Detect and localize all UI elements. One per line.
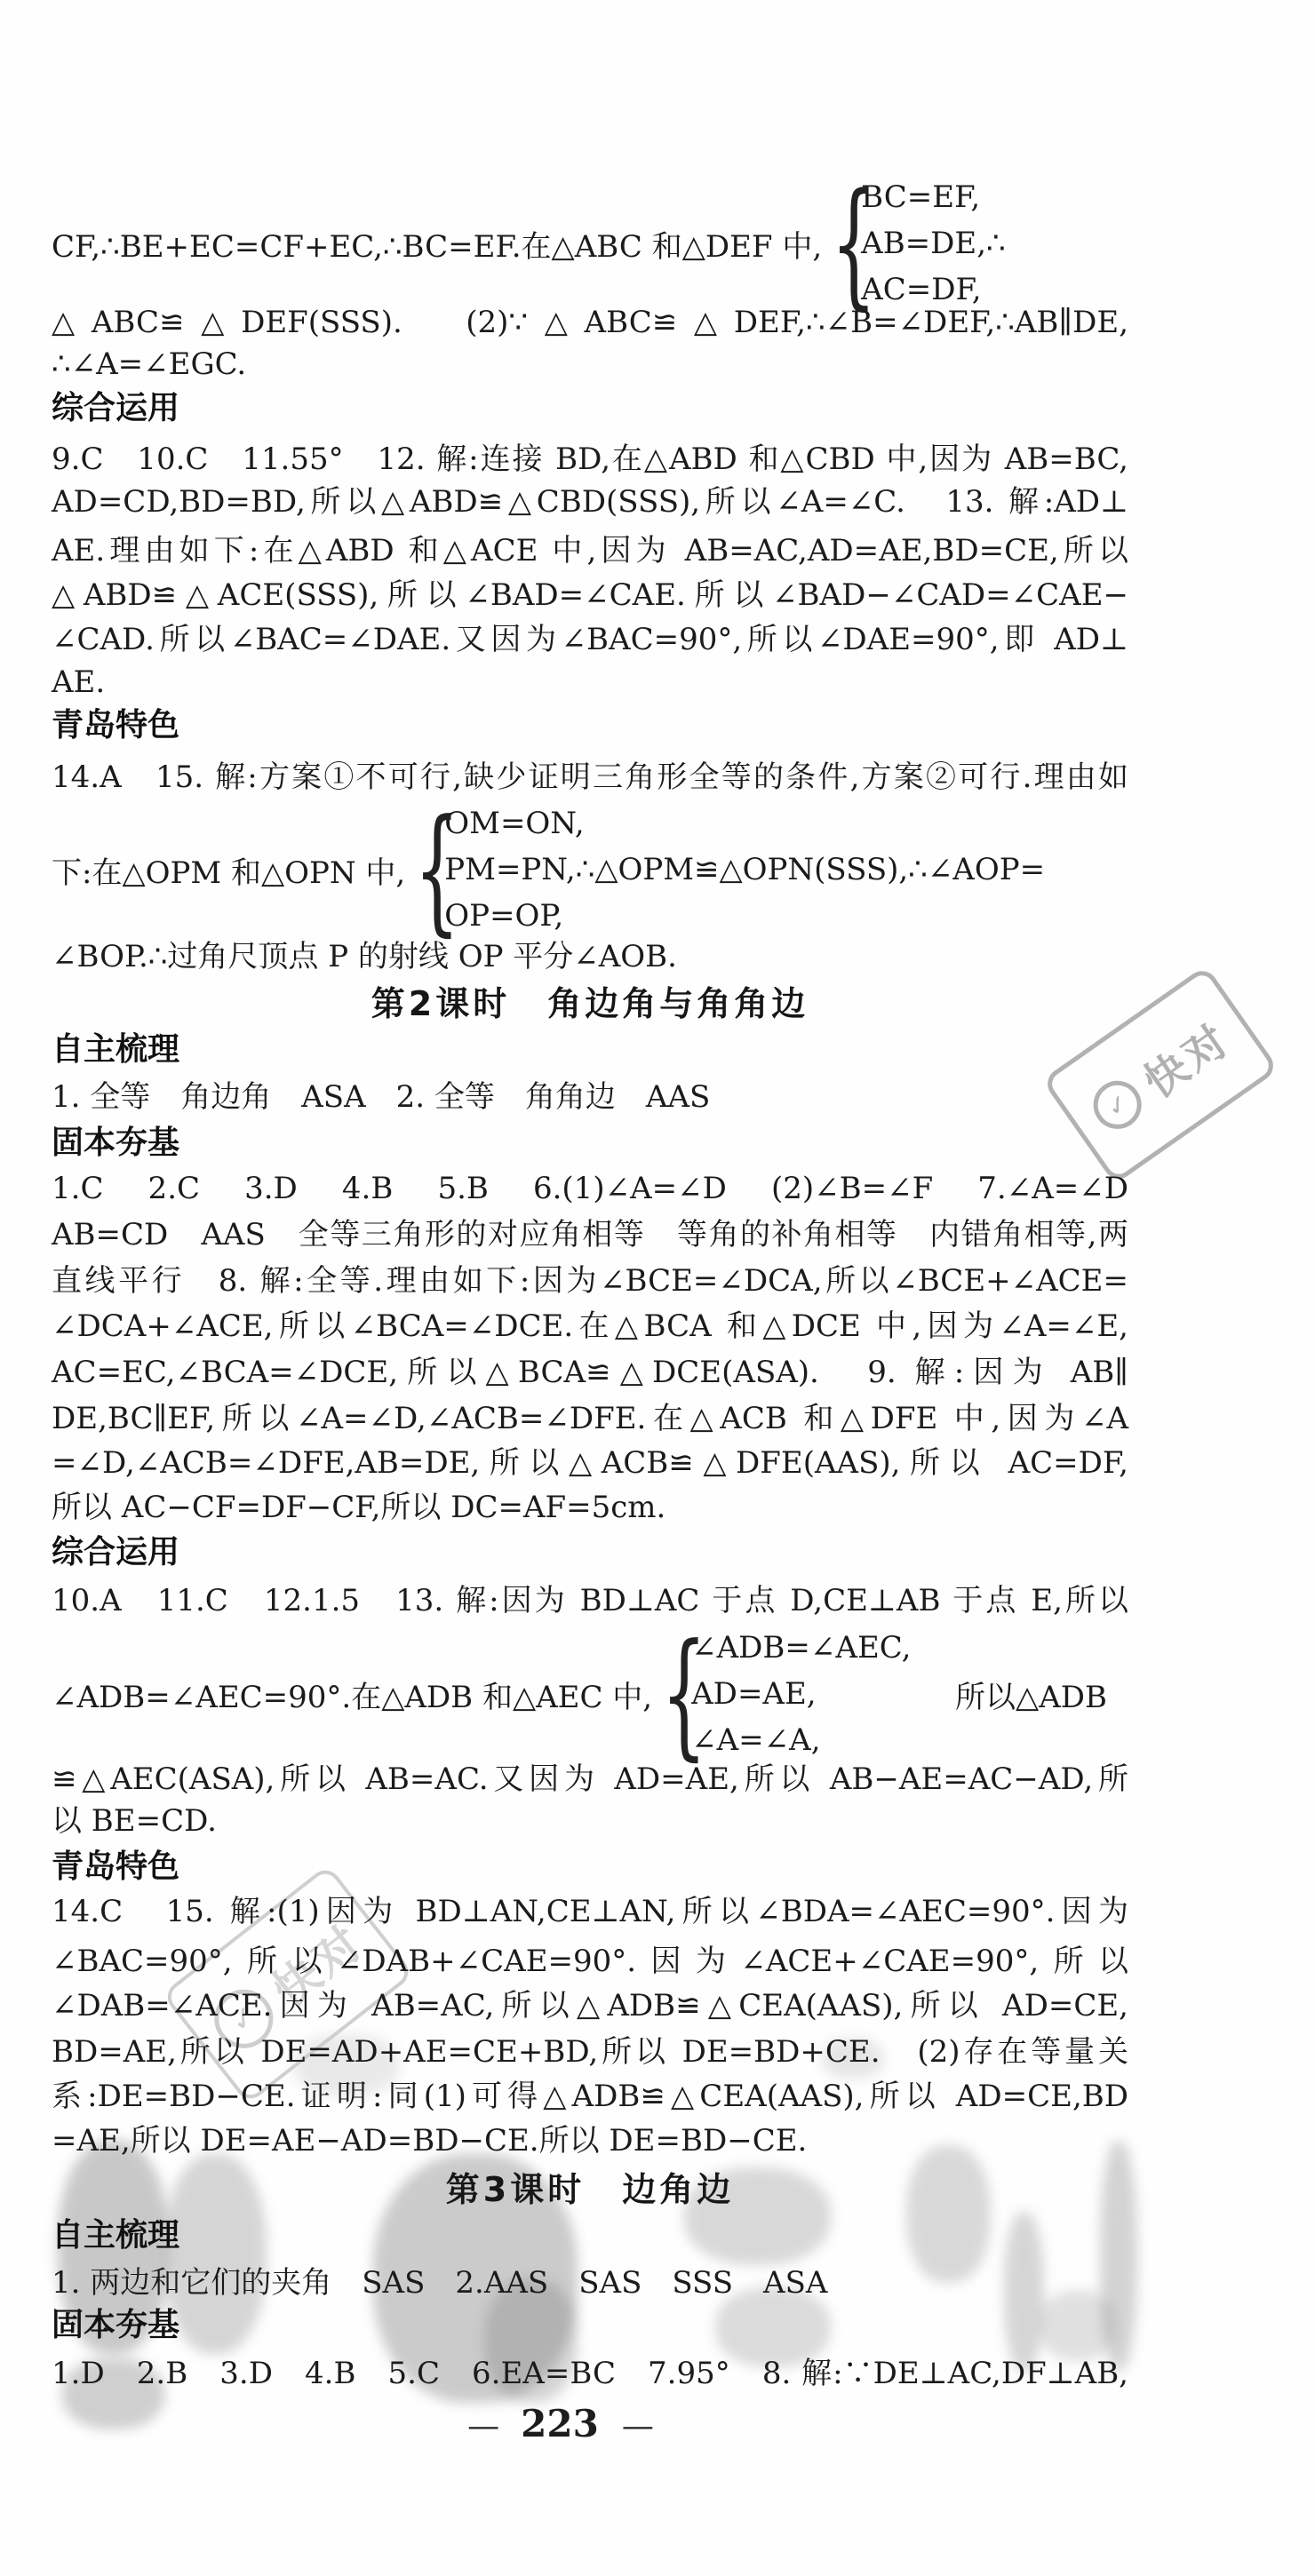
section-header: 综合运用 (52, 1530, 179, 1576)
answer-text-line: 9.C 10.C 11.55° 12. 解:连接 BD,在△ABD 和△CBD … (52, 436, 1128, 482)
section-header: 固本夯基 (52, 1120, 179, 1166)
brace-right-text: 所以△ADB (955, 1673, 1107, 1716)
brace-left-text: 下:在△OPM 和△OPN 中, (52, 848, 405, 892)
brace-equation-row: AD=AE, (691, 1671, 911, 1717)
brace-equation-row: PM=PN,∴△OPM≌△OPN(SSS),∴∠AOP= (444, 847, 1045, 893)
equation-brace-group: 下:在△OPM 和△OPN 中,{OM=ON,PM=PN,∴△OPM≌△OPN(… (52, 800, 1128, 939)
brace-equation-rows: ∠ADB=∠AEC,AD=AE,∠A=∠A, (691, 1625, 911, 1763)
answer-text-line: =∠D,∠ACB=∠DFE,AB=DE,所以△ACB≌△DFE(AAS),所以 … (52, 1440, 1128, 1486)
answer-text-line: ≌△AEC(ASA),所以 AB=AC.又因为 AD=AE,所以 AB−AE=A… (52, 1756, 1128, 1802)
answer-text-line: ∠DAB=∠ACE.因为 AB=AC,所以△ADB≌△CEA(AAS),所以 A… (52, 1983, 1128, 2029)
section-header: 青岛特色 (52, 703, 179, 749)
section-header: 自主梳理 (52, 1027, 179, 1073)
answer-text-line: ∠BAC=90°,所以∠DAB+∠CAE=90°.因为∠ACE+∠CAE=90°… (52, 1938, 1128, 1984)
answer-text-line: 1. 两边和它们的夹角 SAS 2.AAS SAS SSS ASA (52, 2260, 1128, 2306)
answer-text-line: =AE,所以 DE=AE−AD=BD−CE.所以 DE=BD−CE. (52, 2118, 1128, 2164)
answer-text-line: AE. (52, 659, 1128, 705)
section-header: 综合运用 (52, 386, 179, 432)
answer-text-line: AB=CD AAS 全等三角形的对应角相等 等角的补角相等 内错角相等,两 (52, 1212, 1128, 1258)
answer-text-line: 以 BE=CD. (52, 1798, 1128, 1844)
section-header: 青岛特色 (52, 1844, 179, 1890)
brace-equation-row: OM=ON, (444, 800, 1045, 847)
section-header: 固本夯基 (52, 2302, 179, 2349)
answer-text-line: ∠CAD.所以∠BAC=∠DAE.又因为∠BAC=90°,所以∠DAE=90°,… (52, 616, 1128, 663)
answer-text-line: 14.C 15. 解:(1)因为 BD⊥AN,CE⊥AN,所以∠BDA=∠AEC… (52, 1888, 1128, 1935)
answer-text-line: 1.C 2.C 3.D 4.B 5.B 6.(1)∠A=∠D (2)∠B=∠F … (52, 1165, 1128, 1212)
answer-text-line: 1.D 2.B 3.D 4.B 5.C 6.EA=BC 7.95° 8. 解:∵… (52, 2350, 1128, 2397)
workbook-answer-page: ✓ 快对 ✓ 快对 CF,∴BE+EC=CF+EC,∴BC=EF.在△ABC 和… (0, 0, 1315, 2576)
lesson-heading: 第3课时 边角边 (52, 2165, 1128, 2214)
left-brace-symbol: { (661, 1622, 682, 1766)
section-header: 自主梳理 (52, 2213, 179, 2259)
answer-text-line: ∠DCA+∠ACE,所以∠BCA=∠DCE.在△BCA 和△DCE 中,因为∠A… (52, 1303, 1128, 1349)
answer-text-line: 直线平行 8. 解:全等.理由如下:因为∠BCE=∠DCA,所以∠BCE+∠AC… (52, 1258, 1128, 1304)
answer-text-line: DE,BC∥EF,所以∠A=∠D,∠ACB=∠DFE.在△ACB 和△DFE 中… (52, 1395, 1128, 1442)
brace-equation-row: OP=OP, (444, 893, 1045, 939)
answer-text-line: 10.A 11.C 12.1.5 13. 解:因为 BD⊥AC 于点 D,CE⊥… (52, 1578, 1128, 1624)
left-brace-symbol: { (414, 798, 435, 942)
equation-brace-group: ∠ADB=∠AEC=90°.在△ADB 和△AEC 中,{∠ADB=∠AEC,A… (52, 1625, 1128, 1763)
brace-left-text: CF,∴BE+EC=CF+EC,∴BC=EF.在△ABC 和△DEF 中, (52, 222, 822, 266)
brace-equation-row: ∠ADB=∠AEC, (691, 1625, 911, 1671)
brace-left-text: ∠ADB=∠AEC=90°.在△ADB 和△AEC 中, (52, 1673, 652, 1716)
brace-equation-row: BC=EF, (861, 174, 1006, 220)
answer-text-line: AE.理由如下:在△ABD 和△ACE 中,因为 AB=AC,AD=AE,BD=… (52, 528, 1128, 574)
answer-text-line: △ABC≌△DEF(SSS). (2)∵△ABC≌△DEF,∴∠B=∠DEF,∴… (52, 299, 1128, 346)
answer-text-line: 系:DE=BD−CE.证明:同(1)可得△ADB≌△CEA(AAS),所以 AD… (52, 2073, 1128, 2119)
brace-equation-row: AB=DE,∴ (861, 220, 1006, 266)
lesson-heading: 第2课时 角边角与角角边 (52, 979, 1128, 1029)
answer-content: CF,∴BE+EC=CF+EC,∴BC=EF.在△ABC 和△DEF 中,{BC… (0, 0, 1315, 2576)
equation-brace-group: CF,∴BE+EC=CF+EC,∴BC=EF.在△ABC 和△DEF 中,{BC… (52, 174, 1128, 313)
answer-text-line: AC=EC,∠BCA=∠DCE,所以△BCA≌△DCE(ASA). 9. 解:因… (52, 1349, 1128, 1395)
answer-text-line: AD=CD,BD=BD,所以△ABD≌△CBD(SSS),所以∠A=∠C. 13… (52, 479, 1128, 525)
brace-equation-rows: BC=EF,AB=DE,∴AC=DF, (861, 174, 1006, 313)
left-brace-symbol: { (831, 171, 852, 315)
answer-text-line: 所以 AC−CF=DF−CF,所以 DC=AF=5cm. (52, 1484, 1128, 1530)
answer-text-line: 14.A 15. 解:方案①不可行,缺少证明三角形全等的条件,方案②可行.理由如 (52, 754, 1128, 800)
answer-text-line: △ABD≌△ACE(SSS),所以∠BAD=∠CAE.所以∠BAD−∠CAD=∠… (52, 572, 1128, 618)
answer-text-line: 1. 全等 角边角 ASA 2. 全等 角角边 AAS (52, 1074, 1128, 1120)
answer-text-line: BD=AE,所以 DE=AD+AE=CE+BD,所以 DE=BD+CE. (2)… (52, 2029, 1128, 2075)
answer-text-line: ∠BOP.∴过角尺顶点 P 的射线 OP 平分∠AOB. (52, 934, 1128, 980)
brace-equation-rows: OM=ON,PM=PN,∴△OPM≌△OPN(SSS),∴∠AOP=OP=OP, (444, 800, 1045, 939)
answer-text-line: ∴∠A=∠EGC. (52, 341, 1128, 387)
